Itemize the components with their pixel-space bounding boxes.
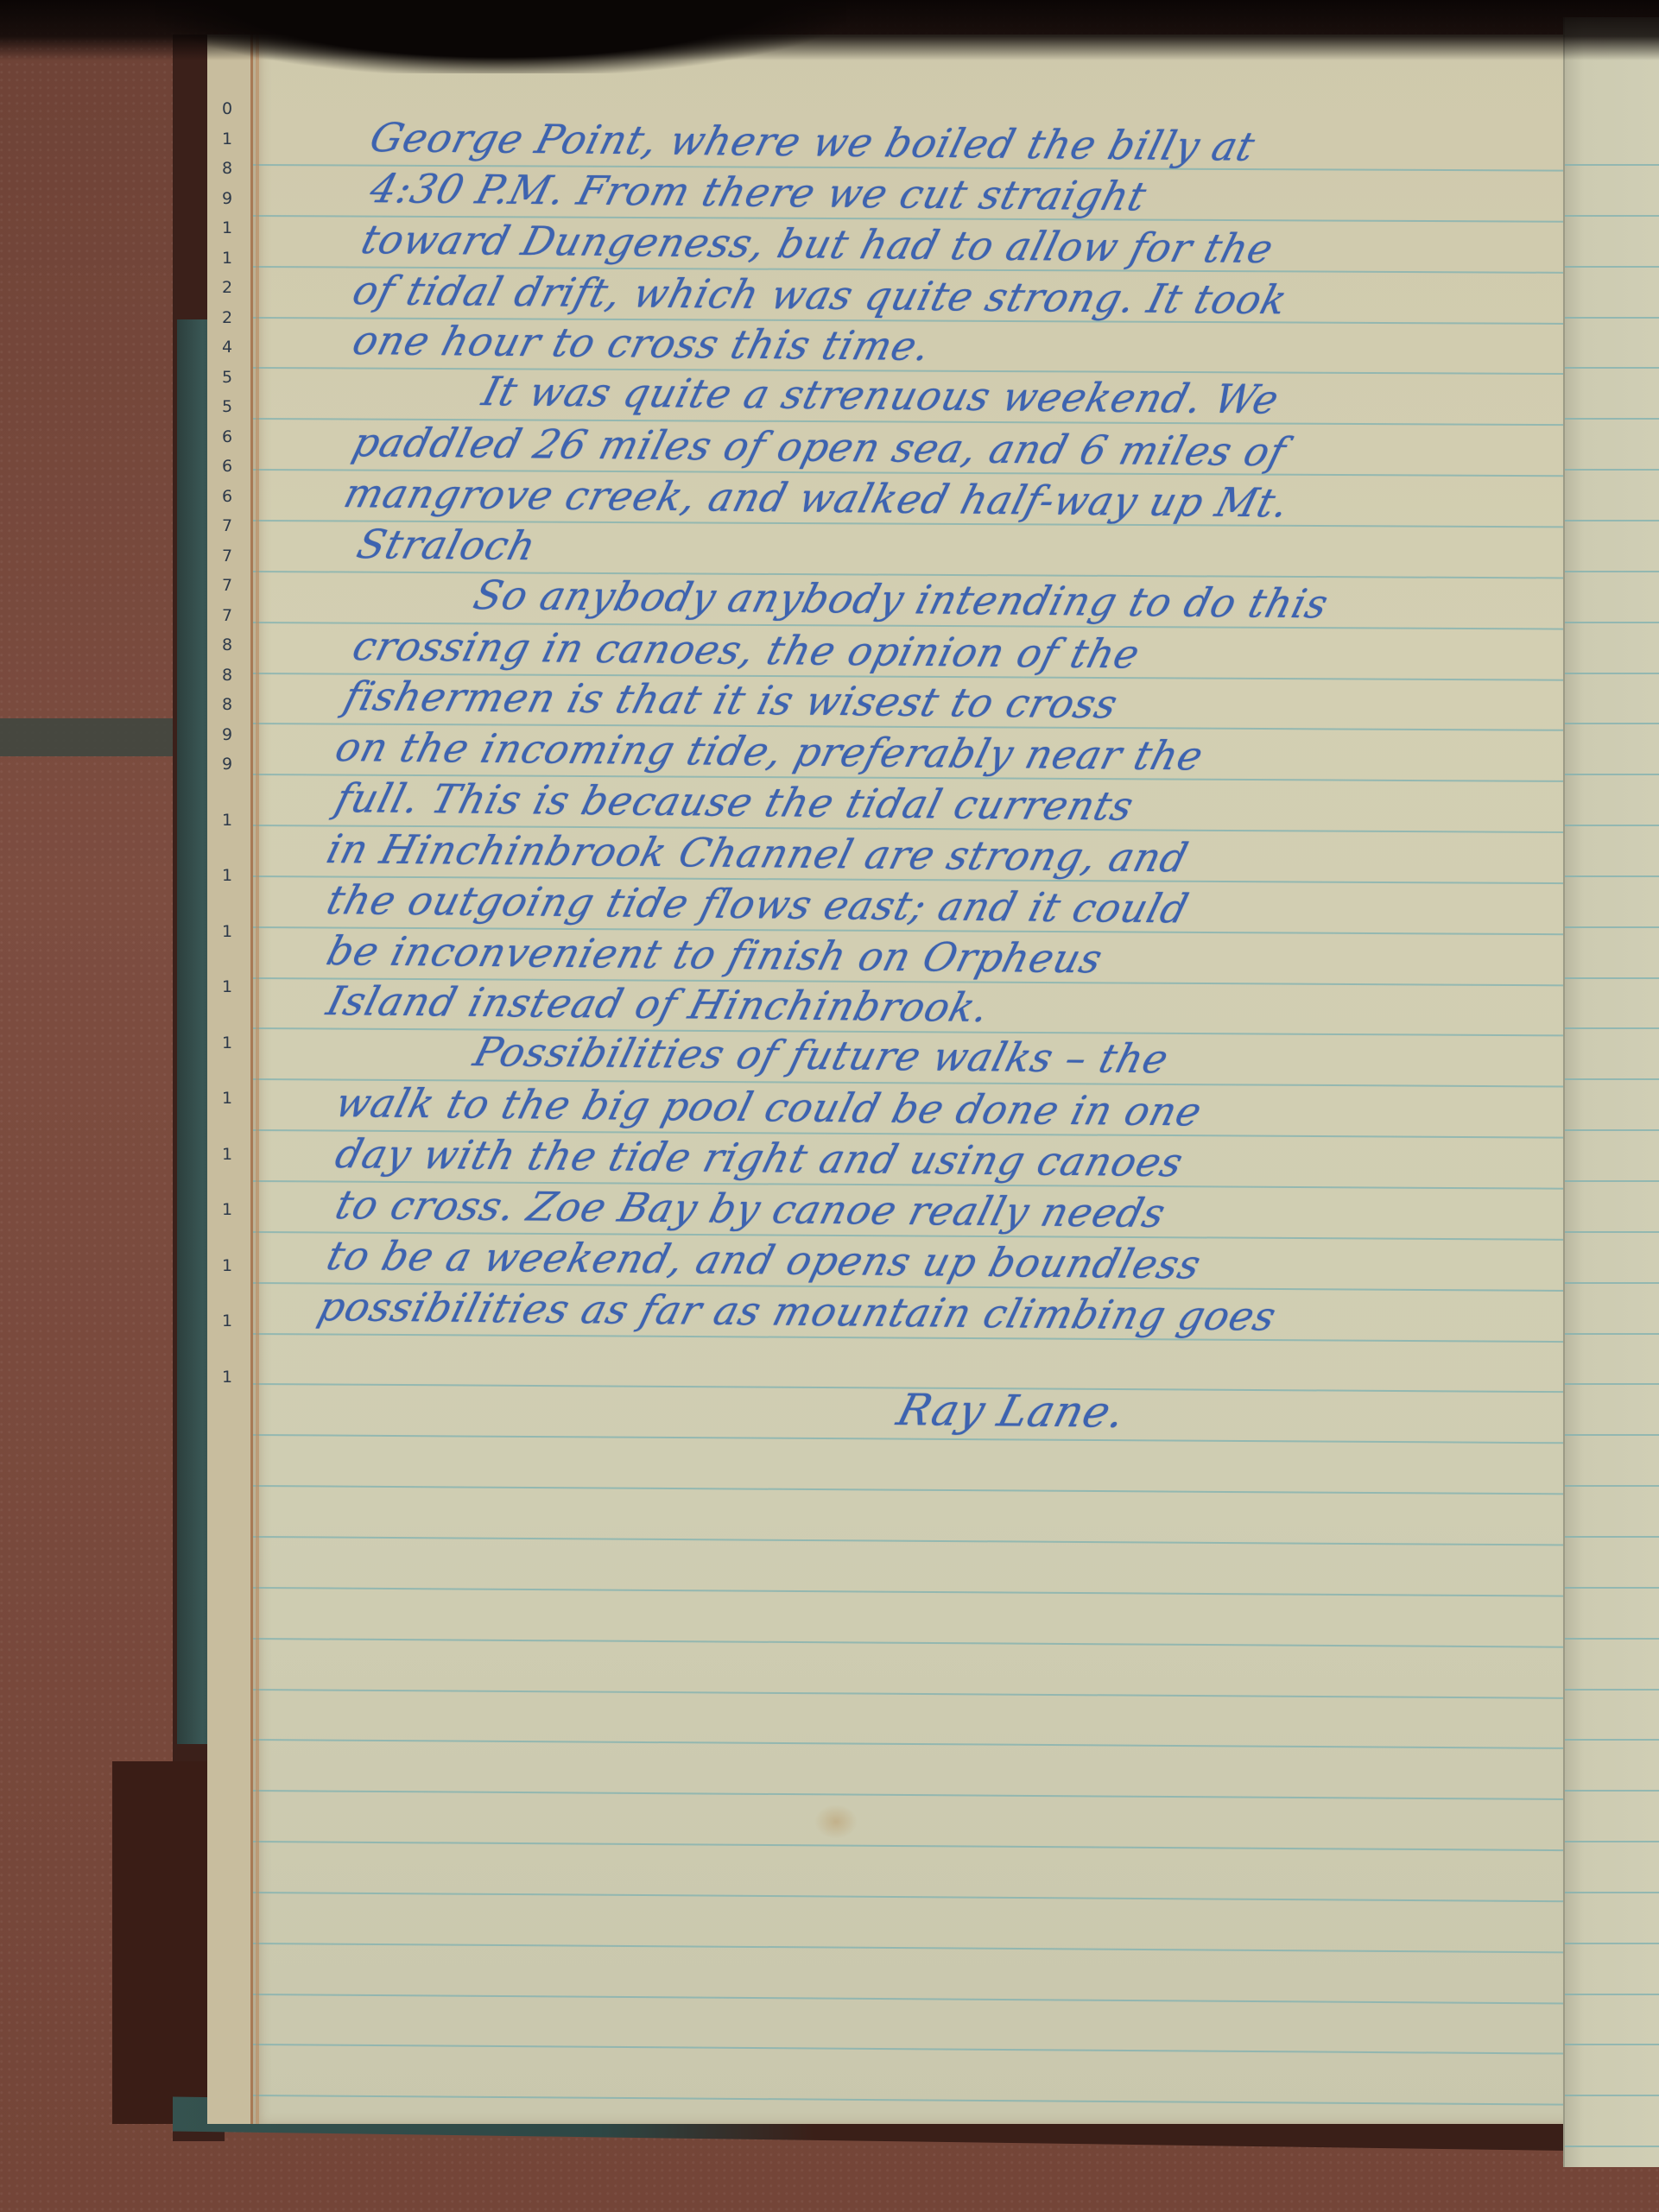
tab-number: 1 <box>214 977 240 996</box>
handwritten-line: one hour to cross this time. <box>348 317 936 370</box>
ruled-line <box>253 1790 1566 1800</box>
ruled-line <box>253 1841 1566 1851</box>
ruled-line <box>253 1536 1566 1545</box>
book-spine-bottom <box>112 1761 216 2124</box>
tab-number: 0 <box>214 99 240 118</box>
ruled-line <box>1565 1536 1659 1538</box>
ruled-line <box>1565 723 1659 724</box>
ruled-line <box>1565 1638 1659 1640</box>
ruled-line <box>253 1739 1566 1749</box>
handwritten-line: possibilities as far as mountain climbin… <box>313 1283 1282 1340</box>
ruled-line <box>1565 1383 1659 1385</box>
tab-number: 1 <box>214 866 240 885</box>
tab-number: 1 <box>214 1200 240 1219</box>
handwritten-line: the outgoing tide flows east; and it cou… <box>322 876 1194 932</box>
ruled-line <box>1565 1790 1659 1792</box>
ruled-line <box>253 1434 1566 1444</box>
index-tab-strip: 0189112245566677778889911111111111 <box>207 35 252 2124</box>
handwritten-line: Island instead of Hinchinbrook. <box>322 977 995 1031</box>
ruled-line <box>1565 571 1659 572</box>
tab-number: 6 <box>214 487 240 506</box>
ruled-line <box>253 1485 1566 1495</box>
tab-number: 7 <box>214 606 240 625</box>
tab-number: 1 <box>214 1311 240 1330</box>
tab-number: 6 <box>214 427 240 446</box>
notebook-page: George Point, where we boiled the billy … <box>250 35 1566 2124</box>
ruled-line <box>253 2044 1566 2055</box>
ruled-line <box>1565 1231 1659 1233</box>
ruled-line <box>253 1994 1566 2004</box>
ruled-line <box>1565 2044 1659 2045</box>
tab-number: 7 <box>214 516 240 535</box>
tab-number: 2 <box>214 278 240 297</box>
tab-number: 7 <box>214 576 240 595</box>
tab-number: 8 <box>214 159 240 178</box>
handwritten-line: walk to the big pool could be done in on… <box>331 1079 1207 1135</box>
tab-number: 2 <box>214 308 240 327</box>
handwritten-line: Possibilities of future walks – the <box>469 1028 1174 1082</box>
ruled-line <box>1565 1689 1659 1691</box>
ruled-line <box>253 2095 1566 2106</box>
handwritten-line: mangrove creek, and walked half-way up M… <box>339 470 1295 526</box>
tab-number: 1 <box>214 218 240 237</box>
tile-grout <box>0 718 181 756</box>
handwritten-line: crossing in canoes, the opinion of the <box>348 623 1145 678</box>
tab-number: 4 <box>214 338 240 357</box>
handwritten-line: full. This is because the tidal currents <box>331 774 1139 830</box>
tab-number: 8 <box>214 695 240 714</box>
tab-number: 1 <box>214 1368 240 1387</box>
tab-number: 1 <box>214 130 240 149</box>
tab-number: 8 <box>214 635 240 654</box>
handwritten-line: George Point, where we boiled the billy … <box>365 114 1260 170</box>
ruled-line <box>1565 1943 1659 1944</box>
ruled-line <box>253 1587 1566 1597</box>
handwritten-line: 4:30 P.M. From there we cut straight <box>365 165 1152 219</box>
tab-number: 9 <box>214 189 240 208</box>
ruled-line <box>1565 825 1659 826</box>
ruled-line <box>1565 1994 1659 1995</box>
tab-number: 6 <box>214 457 240 476</box>
ruled-line <box>1565 1078 1659 1080</box>
handwritten-line: on the incoming tide, preferably near th… <box>331 724 1208 780</box>
ruled-line <box>1565 673 1659 674</box>
handwritten-line: of tidal drift, which was quite strong. … <box>348 267 1293 323</box>
tab-number: 1 <box>214 811 240 830</box>
ruled-line <box>1565 1485 1659 1487</box>
ruled-line <box>1565 977 1659 979</box>
ruled-line <box>1565 418 1659 420</box>
handwritten-line: paddled 26 miles of open sea, and 6 mile… <box>348 419 1291 475</box>
tab-number: 9 <box>214 755 240 774</box>
page-margin-edge <box>256 35 259 2124</box>
tab-number: 1 <box>214 1145 240 1164</box>
signature: Ray Lane. <box>892 1385 1131 1438</box>
ruled-line <box>1565 164 1659 166</box>
tab-number: 7 <box>214 547 240 566</box>
ruled-line <box>253 1638 1566 1648</box>
ruled-line <box>1565 1841 1659 1842</box>
ruled-line <box>1565 774 1659 775</box>
tab-number: 5 <box>214 368 240 387</box>
ruled-line <box>1565 2146 1659 2147</box>
handwritten-line: fishermen is that it is wisest to cross <box>339 673 1123 727</box>
ruled-line <box>1565 1892 1659 1893</box>
paper-stain <box>814 1804 858 1839</box>
ruled-line <box>1565 266 1659 268</box>
ruled-line <box>1565 367 1659 369</box>
ruled-line <box>253 1892 1566 1902</box>
ruled-line <box>1565 622 1659 623</box>
ruled-line <box>1565 875 1659 877</box>
ruled-line <box>1565 1434 1659 1436</box>
ruled-line <box>1565 317 1659 319</box>
handwritten-line: to cross. Zoe Bay by canoe really needs <box>331 1181 1171 1236</box>
ruled-line <box>1565 1129 1659 1131</box>
tab-number: 5 <box>214 397 240 416</box>
ruled-line <box>253 1689 1566 1699</box>
top-shadow <box>155 0 846 73</box>
tab-number: 1 <box>214 922 240 941</box>
handwritten-line: day with the tide right and using canoes <box>331 1130 1188 1185</box>
tab-number: 1 <box>214 1089 240 1108</box>
ruled-line <box>1565 1739 1659 1741</box>
tab-number: 9 <box>214 725 240 744</box>
handwritten-line: to be a weekend, and opens up boundless <box>322 1232 1206 1288</box>
handwritten-line: So anybody anybody intending to do this <box>469 572 1333 627</box>
tab-number: 8 <box>214 666 240 685</box>
handwritten-line: Straloch <box>352 521 541 569</box>
ruled-line <box>1565 520 1659 521</box>
ruled-line <box>1565 1587 1659 1589</box>
ruled-line <box>1565 1333 1659 1335</box>
ruled-line <box>1565 469 1659 471</box>
handwritten-line: in Hinchinbrook Channel are strong, and <box>322 825 1194 881</box>
ruled-line <box>1565 215 1659 217</box>
facing-page <box>1563 17 1659 2167</box>
handwritten-line: It was quite a strenuous weekend. We <box>478 368 1284 423</box>
ruled-line <box>1565 2095 1659 2096</box>
tab-number: 1 <box>214 1033 240 1052</box>
ruled-line <box>253 1943 1566 1953</box>
tab-number: 1 <box>214 249 240 268</box>
ruled-line <box>1565 1027 1659 1029</box>
handwritten-line: be inconvenient to finish on Orpheus <box>322 927 1108 982</box>
ruled-line <box>1565 1180 1659 1182</box>
handwritten-line: toward Dungeness, but had to allow for t… <box>357 216 1279 272</box>
ruled-line <box>1565 926 1659 928</box>
ruled-line <box>1565 1282 1659 1284</box>
tab-number: 1 <box>214 1256 240 1275</box>
